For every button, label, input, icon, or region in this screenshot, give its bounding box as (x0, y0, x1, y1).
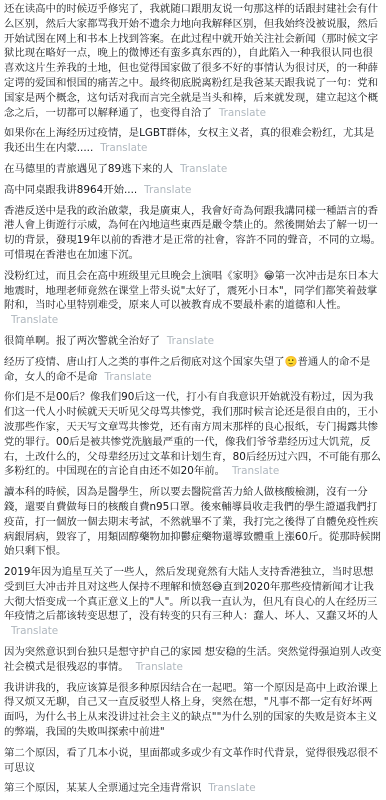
post-text: 香港反送中是我的政治啟蒙，我是廣東人，我會好奇為何跟我講同樣一種語言的香港人會上… (4, 205, 381, 261)
translate-link[interactable]: Translate (11, 314, 58, 326)
post-text: 你们是不是00后？像我们90后这一代，打小有自我意识开始就没有粉过，因为我们这一… (4, 391, 381, 477)
post: 还在读高中的时候迈乎修宪了，我就随口跟朋友说一句那这样的话跟封建社会有什么区别，… (4, 2, 382, 120)
post: 没粉红过，而且会在高中班级里元旦晚会上演唱《家明》😁第一次冲击是东日本大地震时，… (4, 269, 382, 328)
post-text: 因为突然意识到台独只是想守护自己的家园 想安稳的生活。突然觉得强迫别人改变社会模… (4, 646, 381, 673)
translate-link[interactable]: Translate (100, 142, 147, 154)
translate-link[interactable]: Translate (208, 782, 255, 794)
post: 2019年因为追星互关了一些人，然后发现竟然有大陆人支持香港独立，当时思想受到巨… (4, 565, 382, 639)
post-text: 第三个原因，某某人全票通过完全违背常识 (4, 782, 201, 794)
translate-link[interactable]: Translate (136, 661, 183, 673)
post-text: 高中同桌跟我讲8964开始.... (4, 184, 137, 196)
translate-link[interactable]: Translate (232, 465, 279, 477)
translate-link[interactable]: Translate (11, 625, 58, 637)
translate-link[interactable]: Translate (144, 184, 191, 196)
post-text: 还在读高中的时候迈乎修宪了，我就随口跟朋友说一句那这样的话跟封建社会有什么区别，… (4, 3, 378, 119)
post: 讀本科的時候，因為是醫學生，所以要去醫院當苦力給人做核酸檢測，沒有一分錢，還要自… (4, 485, 382, 559)
post-text: 我讲讲我的，我应该算是很多种原因结合在一起吧。第一个原因是高中上政治课上得又烦又… (4, 682, 378, 738)
post-text: 很简单啊。报了两次警就全治好了 (4, 335, 160, 347)
post-text: 经历了疫情、唐山打人之类的事件之后彻底对这个国家失望了🙂普通人的命不是命，女人的… (4, 356, 370, 383)
translate-link[interactable]: Translate (167, 335, 214, 347)
post: 经历了疫情、唐山打人之类的事件之后彻底对这个国家失望了🙂普通人的命不是命，女人的… (4, 355, 382, 385)
post-text: 没粉红过，而且会在高中班级里元旦晚会上演唱《家明》😁第一次冲击是东日本大地震时，… (4, 270, 379, 312)
post-text: 第二个原因，看了几本小说，里面都或多或少有文革作时代背景，觉得很残忍很不可思议 (4, 747, 378, 774)
post: 因为突然意识到台独只是想守护自己的家园 想安稳的生活。突然觉得强迫别人改变社会模… (4, 645, 382, 675)
post-text: 讀本科的時候，因為是醫學生，所以要去醫院當苦力給人做核酸檢測，沒有一分錢，還要自… (4, 486, 381, 557)
post: 你们是不是00后？像我们90后这一代，打小有自我意识开始就没有粉过，因为我们这一… (4, 390, 382, 479)
translate-link[interactable]: Translate (180, 163, 227, 175)
translate-link[interactable]: Translate (219, 107, 266, 119)
post: 高中同桌跟我讲8964开始....Translate (4, 183, 382, 198)
post: 很简单啊。报了两次警就全治好了Translate (4, 334, 382, 349)
post-text: 如果你在上海经历过疫情，是LGBT群体，女权主义者，真的很难会粉红，尤其是我还出… (4, 127, 374, 154)
translate-link[interactable]: Translate (105, 371, 152, 383)
post: 香港反送中是我的政治啟蒙，我是廣東人，我會好奇為何跟我講同樣一種語言的香港人會上… (4, 204, 382, 263)
post: 第二个原因，看了几本小说，里面都或多或少有文革作时代背景，觉得很残忍很不可思议 (4, 746, 382, 776)
post-text: 在马德里的青旅遇见了89逃下来的人 (4, 163, 173, 175)
replies-feed: 还在读高中的时候迈乎修宪了，我就随口跟朋友说一句那这样的话跟封建社会有什么区别，… (0, 0, 386, 800)
post: 第三个原因，某某人全票通过完全违背常识Translate (4, 781, 382, 796)
post: 我讲讲我的，我应该算是很多种原因结合在一起吧。第一个原因是高中上政治课上得又烦又… (4, 681, 382, 740)
post: 如果你在上海经历过疫情，是LGBT群体，女权主义者，真的很难会粉红，尤其是我还出… (4, 126, 382, 156)
post: 在马德里的青旅遇见了89逃下来的人Translate (4, 162, 382, 177)
post-text: 2019年因为追星互关了一些人，然后发现竟然有大陆人支持香港独立，当时思想受到巨… (4, 566, 378, 622)
